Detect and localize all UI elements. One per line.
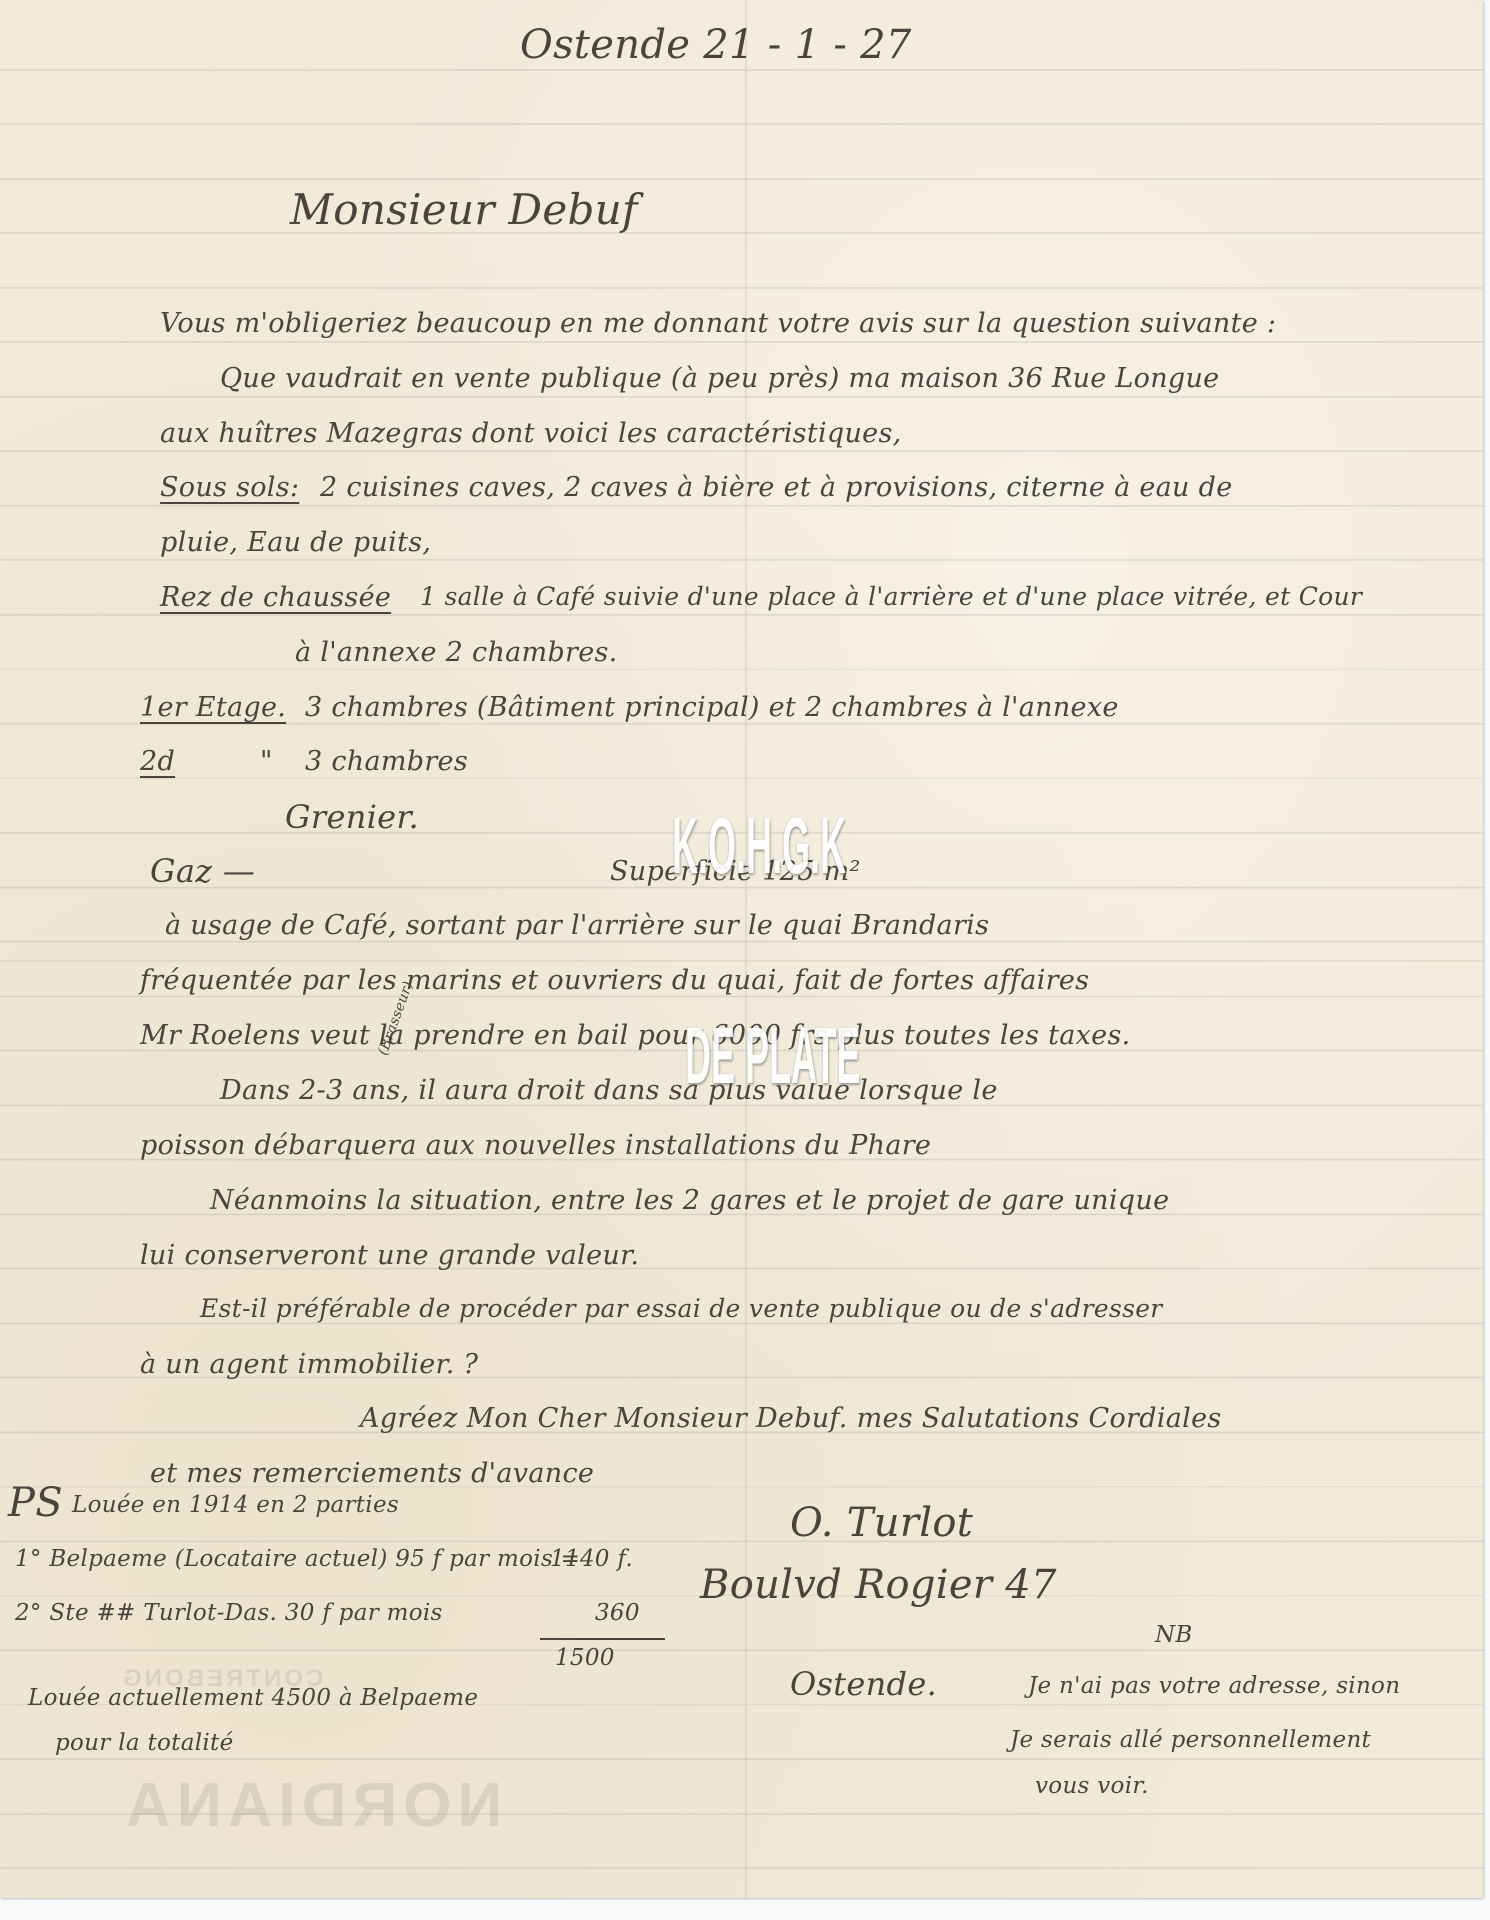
show-through-nordiana: NORDIANA [120,1770,502,1841]
sous-sols-text-1: 2 cuisines caves, 2 caves à bière et à p… [320,472,1232,503]
closing-line-2: et mes remerciements d'avance [150,1458,594,1489]
sum-line [540,1638,665,1640]
sous-sols-label: Sous sols: [160,472,299,503]
paragraph-line-7: lui conserveront une grande valeur. [140,1240,639,1271]
signature-city: Ostende. [790,1665,937,1703]
deuxieme-etage-label: 2d [140,746,175,777]
paragraph-line-4: Dans 2-3 ans, il aura droit dans sa plus… [220,1075,998,1106]
horizontal-fold [0,960,1483,962]
sous-sols-text-2: pluie, Eau de puits, [160,527,431,558]
rez-de-chaussee-text-2: à l'annexe 2 chambres. [295,637,618,668]
watermark-line-2: DE PLATE [685,1010,860,1102]
ps-amount-total: 1500 [555,1645,615,1671]
rez-de-chaussee-text-1: 1 salle à Café suivie d'une place à l'ar… [420,582,1362,611]
letter-paper: NORDIANA CONTREBONG Ostende 21 - 1 - 27 … [0,0,1483,1898]
closing-line-1: Agréez Mon Cher Monsieur Debuf. mes Salu… [360,1403,1222,1434]
ps-line-1: Louée en 1914 en 2 parties [72,1492,399,1518]
deuxieme-etage-ditto: " [260,746,273,777]
ps-amount-1: 1140 f. [550,1546,633,1572]
paragraph-line-5: poisson débarquera aux nouvelles install… [140,1130,931,1161]
nb-line-2: Je serais allé personnellement [1010,1727,1371,1753]
paragraph-line-6: Néanmoins la situation, entre les 2 gare… [210,1185,1169,1216]
deuxieme-etage-text: 3 chambres [305,746,468,777]
ps-line-5: pour la totalité [55,1730,233,1756]
premier-etage-text: 3 chambres (Bâtiment principal) et 2 cha… [305,692,1119,723]
rez-de-chaussee-label: Rez de chaussée [160,582,391,613]
vertical-fold [745,0,747,1898]
ps-line-4: Louée actuellement 4500 à Belpaeme [28,1685,478,1711]
premier-etage-label: 1er Etage. [140,692,286,723]
gaz: Gaz — [150,852,255,890]
paragraph-line-1: à usage de Café, sortant par l'arrière s… [165,910,989,941]
place-date: Ostende 21 - 1 - 27 [520,22,912,68]
body-line-2: Que vaudrait en vente publique (à peu pr… [220,363,1219,394]
paragraph-line-2: fréquentée par les marins et ouvriers du… [140,965,1089,996]
signature-address: Boulvd Rogier 47 [700,1562,1057,1608]
body-line-1: Vous m'obligeriez beaucoup en me donnant… [160,308,1276,339]
body-line-3: aux huîtres Mazegras dont voici les cara… [160,418,902,449]
salutation: Monsieur Debuf [290,185,638,234]
grenier: Grenier. [285,798,419,836]
watermark-line-1: K.O.H.G.K [672,800,846,892]
nb-label: NB [1155,1622,1193,1648]
ps-line-2: 1° Belpaeme (Locataire actuel) 95 f par … [15,1546,580,1572]
nb-line-3: vous voir. [1035,1773,1149,1799]
paragraph-line-3: Mr Roelens veut la prendre en bail pour … [140,1020,1131,1051]
ps-amount-2: 360 [595,1600,640,1626]
ps-line-3: 2° Ste ## Turlot-Das. 30 f par mois [15,1600,443,1626]
nb-line-1: Je n'ai pas votre adresse, sinon [1028,1673,1400,1699]
paragraph-line-9: à un agent immobilier. ? [140,1349,478,1380]
paragraph-line-8: Est-il préférable de procéder par essai … [200,1294,1163,1323]
signature-name: O. Turlot [790,1500,973,1546]
ps-label: PS [8,1480,63,1526]
